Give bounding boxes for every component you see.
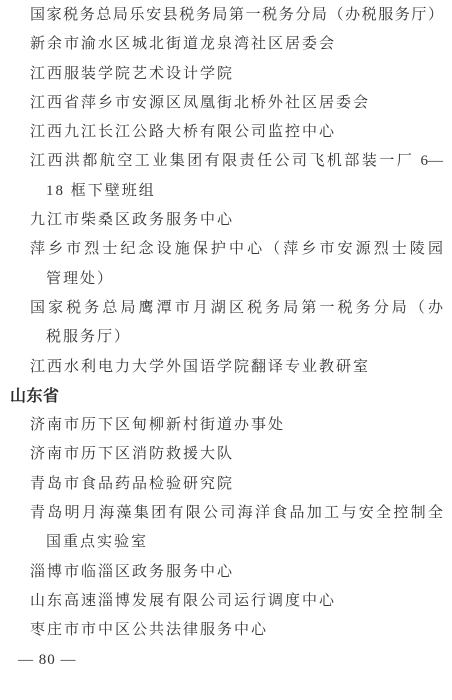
org-list-item: 济南市历下区消防救援大队 [0,440,452,469]
org-list-item: 枣庄市市中区公共法律服务中心 [0,616,452,645]
organization-list: 国家税务总局乐安县税务局第一税务分局（办税服务厅）新余市渝水区城北街道龙泉湾社区… [0,0,452,646]
org-list-item-continuation: 国重点实验室 [0,528,452,557]
org-list-item: 江西省萍乡市安源区凤凰街北桥外社区居委会 [0,89,452,118]
org-list-item: 济南市历下区甸柳新村街道办事处 [0,411,452,440]
org-list-item: 江西九江长江公路大桥有限公司监控中心 [0,118,452,147]
org-list-item: 淄博市临淄区政务服务中心 [0,558,452,587]
document-page: 国家税务总局乐安县税务局第一税务分局（办税服务厅）新余市渝水区城北街道龙泉湾社区… [0,0,452,700]
org-list-item: 青岛明月海藻集团有限公司海洋食品加工与安全控制全 [0,499,452,528]
org-list-item-continuation: 18 框下壁班组 [0,177,452,206]
org-list-item-continuation: 税服务厅） [0,323,452,352]
org-list-item: 江西洪都航空工业集团有限责任公司飞机部装一厂 6— [0,147,452,176]
org-list-item: 青岛市食品药品检验研究院 [0,470,452,499]
org-list-item: 萍乡市烈士纪念设施保护中心（萍乡市安源烈士陵园 [0,235,452,264]
page-number: — 80 — [0,646,452,675]
org-list-item: 江西服装学院艺术设计学院 [0,60,452,89]
org-list-item-continuation: 管理处） [0,265,452,294]
shandong-province-header: 山东省 [0,382,452,411]
org-list-item: 江西水利电力大学外国语学院翻译专业教研室 [0,353,452,382]
org-list-item: 山东高速淄博发展有限公司运行调度中心 [0,587,452,616]
org-list-item: 新余市渝水区城北街道龙泉湾社区居委会 [0,30,452,59]
org-list-item: 九江市柴桑区政务服务中心 [0,206,452,235]
org-list-item: 国家税务总局鹰潭市月湖区税务局第一税务分局（办 [0,294,452,323]
org-list-item: 国家税务总局乐安县税务局第一税务分局（办税服务厅） [0,1,452,30]
